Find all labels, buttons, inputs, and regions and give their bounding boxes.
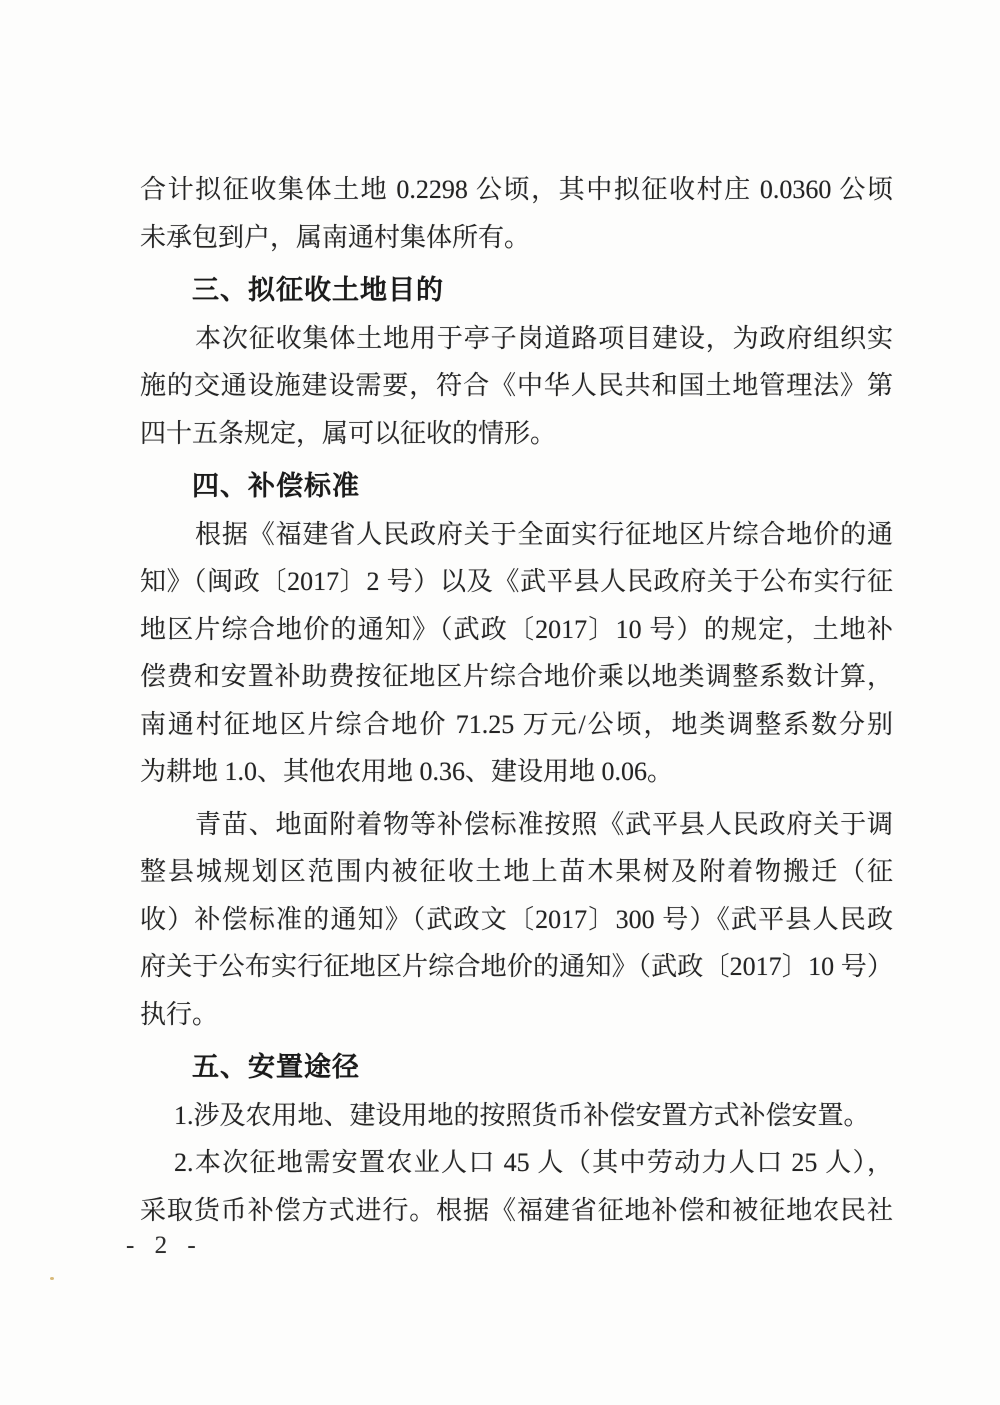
section-3-paragraph: 本次征收集体土地用于亭子岗道路项目建设，为政府组织实 施的交通设施建设需要，符合… [140, 315, 893, 458]
text-line: 施的交通设施建设需要，符合《中华人民共和国土地管理法》第 [140, 362, 893, 410]
text-line: 地区片综合地价的通知》（武政〔2017〕10 号）的规定，土地补 [140, 606, 893, 654]
text-line: 采取货币补偿方式进行。根据《福建省征地补偿和被征地农民社 [140, 1187, 893, 1235]
text-line: 执行。 [140, 991, 893, 1039]
text-line: 整县城规划区范围内被征收土地上苗木果树及附着物搬迁（征 [140, 848, 893, 896]
section-5-heading: 五、安置途径 [140, 1044, 893, 1092]
scan-artifact-speck [50, 1277, 54, 1280]
section-5-item-2: 2.本次征地需安置农业人口 45 人（其中劳动力人口 25 人）， 采取货币补偿… [140, 1139, 893, 1234]
text-line: 青苗、地面附着物等补偿标准按照《武平县人民政府关于调 [140, 801, 893, 849]
text-line: 收）补偿标准的通知》（武政文〔2017〕300 号）《武平县人民政 [140, 896, 893, 944]
text-line: 1.涉及农用地、建设用地的按照货币补偿安置方式补偿安置。 [140, 1092, 893, 1140]
section-4-paragraph-1: 根据《福建省人民政府关于全面实行征地区片综合地价的通 知》（闽政〔2017〕2 … [140, 511, 893, 796]
text-line: 偿费和安置补助费按征地区片综合地价乘以地类调整系数计算， [140, 653, 893, 701]
intro-paragraph: 合计拟征收集体土地 0.2298 公顷，其中拟征收村庄 0.0360 公顷 未承… [140, 166, 893, 261]
text-line: 为耕地 1.0、其他农用地 0.36、建设用地 0.06。 [140, 748, 893, 796]
section-4-paragraph-2: 青苗、地面附着物等补偿标准按照《武平县人民政府关于调 整县城规划区范围内被征收土… [140, 801, 893, 1039]
text-line: 合计拟征收集体土地 0.2298 公顷，其中拟征收村庄 0.0360 公顷 [140, 166, 893, 214]
section-5-item-1: 1.涉及农用地、建设用地的按照货币补偿安置方式补偿安置。 [140, 1092, 893, 1140]
text-line: 2.本次征地需安置农业人口 45 人（其中劳动力人口 25 人）， [140, 1139, 893, 1187]
text-line: 本次征收集体土地用于亭子岗道路项目建设，为政府组织实 [140, 315, 893, 363]
document-page: 合计拟征收集体土地 0.2298 公顷，其中拟征收村庄 0.0360 公顷 未承… [0, 0, 1000, 1405]
text-line: 四十五条规定，属可以征收的情形。 [140, 410, 893, 458]
section-4-heading: 四、补偿标准 [140, 463, 893, 511]
text-line: 府关于公布实行征地区片综合地价的通知》（武政〔2017〕10 号） [140, 943, 893, 991]
text-line: 根据《福建省人民政府关于全面实行征地区片综合地价的通 [140, 511, 893, 559]
document-body: 合计拟征收集体土地 0.2298 公顷，其中拟征收村庄 0.0360 公顷 未承… [140, 166, 893, 1234]
section-3-heading: 三、拟征收土地目的 [140, 267, 893, 315]
text-line: 南通村征地区片综合地价 71.25 万元/公顷，地类调整系数分别 [140, 701, 893, 749]
page-number: - 2 - [126, 1226, 203, 1266]
text-line: 知》（闽政〔2017〕2 号）以及《武平县人民政府关于公布实行征 [140, 558, 893, 606]
text-line: 未承包到户，属南通村集体所有。 [140, 214, 893, 262]
